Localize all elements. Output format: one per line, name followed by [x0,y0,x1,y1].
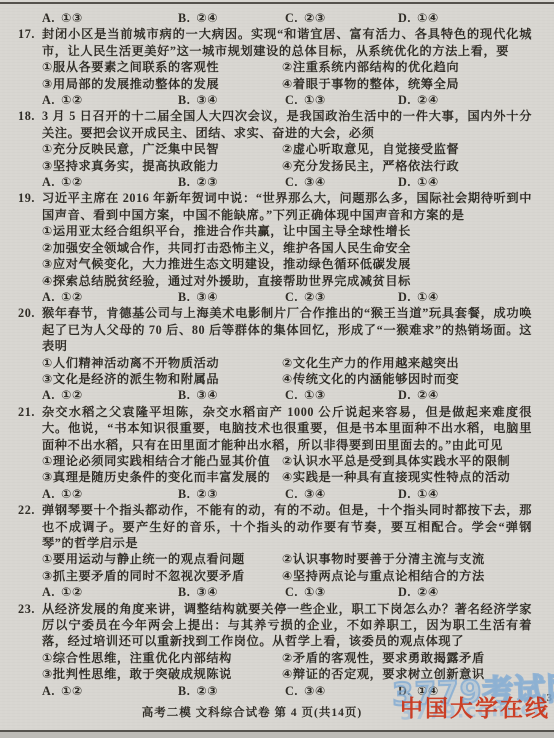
option-letter: D. [398,684,411,698]
statement: ③坚持求真务实，提高执政能力 [42,158,282,174]
question-stem: 从经济发展的角度来讲，调整结构就要关停一些企业，职工下岗怎么办？著名经济学家厉以… [42,601,532,650]
question-options-row: A.①②B.③④C.①③D.②④ [42,387,532,403]
answer-option: B.③④ [178,92,285,108]
answer-option: B.②③ [178,174,285,190]
question-stem: 猴年春节，肯德基公司与上海美术电影制片厂合作推出的“猴王当道”玩具套餐，成功唤起… [42,305,532,354]
answer-option: D.①④ [398,486,532,502]
question-block: 18. 3 月 5 日召开的十二届全国人大四次会议，是我国政治生活中的一件大事，… [18,108,532,190]
option-letter: D. [398,388,411,402]
statement: ④辩证的否定观，要求树立创新意识 [282,666,532,682]
answer-option: A.①② [42,683,178,699]
option-value: ①④ [417,684,439,698]
statement: ③文化是经济的派生物和附属品 [42,371,282,387]
question-block: 21. 杂交水稻之父袁隆平坦陈，杂交水稻亩产 1000 公斤说起来容易，但是做起… [18,404,532,502]
statement: ④充分发扬民主，严格依法行政 [282,158,532,174]
question-stem: 杂交水稻之父袁隆平坦陈，杂交水稻亩产 1000 公斤说起来容易，但是做起来难度很… [42,404,532,453]
option-value: ②④ [417,93,439,107]
question-statements: ①人们精神活动离不开物质活动②文化生产力的作用越来越突出③文化是经济的派生物和附… [42,355,532,388]
statement: ③批判性思维，敢于突破成规陈说 [42,666,282,682]
question-number: 19. [18,190,42,206]
option-letter: C. [285,487,298,501]
answer-option: A.①② [42,174,178,190]
option-letter: B. [178,585,190,599]
question-options-row: A.①②B.②③C.③④D.①④ [42,174,532,190]
answer-option: C.③④ [285,174,398,190]
option-letter: C. [285,290,298,304]
option-value: ②③ [196,487,218,501]
question-block: 20. 猴年春节，肯德基公司与上海美术电影制片厂合作推出的“猴王当道”玩具套餐，… [18,305,532,403]
option-value: ③④ [304,684,326,698]
answer-option: C.①③ [285,387,398,403]
question-body: 3 月 5 日召开的十二届全国人大四次会议，是我国政治生活中的一件大事，国内外十… [42,108,532,190]
option-letter: C. [285,388,298,402]
answer-option: D.②④ [398,584,532,600]
option-value: ①② [61,684,83,698]
question-statements: ①要用运动与静止统一的观点看问题②认识事物时要善于分清主流与支流③抓主要矛盾的同… [42,551,532,584]
question-statements: ①运用亚太经合组织平台，推进合作共赢，让中国主导全球性增长②加强安全领域合作，共… [42,223,532,289]
option-letter: B. [178,175,190,189]
statement: ②文化生产力的作用越来越突出 [282,355,532,371]
question-block: 23. 从经济发展的角度来讲，调整结构就要关停一些企业，职工下岗怎么办？著名经济… [18,601,532,699]
statement: ①服从各要素之间联系的客观性 [42,59,282,75]
statement: ④坚持两点论与重点论相结合的方法 [282,568,532,584]
option-letter: A. [42,487,55,501]
option-letter: C. [285,684,298,698]
question-statements: ①理论必须同实践相结合才能凸显其价值②认识水平总是受到具体实践水平的限制③真理是… [42,453,532,486]
option-value: ②③ [196,175,218,189]
option-value: ①② [61,487,83,501]
option-letter: C. [285,93,298,107]
question-options-row: A.①②B.②③C.③④D.①④ [42,486,532,502]
statement: ①理论必须同实践相结合才能凸显其价值 [42,453,282,469]
answer-option: A.①③ [42,10,178,26]
scan-edge-bottom-band [0,732,554,738]
statement: ②认识事物时要善于分清主流与支流 [282,551,532,567]
answer-option: C.②③ [285,289,398,305]
statement: ③用局部的发展推动整体的发展 [42,76,282,92]
option-value: ②③ [196,684,218,698]
option-value: ①② [61,388,83,402]
statement: ③真理是随历史条件的变化而丰富发展的 [42,469,282,485]
statement: ③应对气候变化，大力推进生态文明建设，推动绿色循环低碳发展 [42,256,532,272]
option-value: ②③ [304,290,326,304]
option-value: ③④ [304,487,326,501]
statement: ④传统文化的内涵能够因时而变 [282,371,532,387]
exam-content: A.①③B.②④C.②③D.①④ 17. 封闭小区是当前城市病的一大病因。实现“… [18,10,532,699]
option-value: ③④ [196,93,218,107]
option-value: ②③ [304,11,326,25]
question-statements: ①充分反映民意，广泛集中民智②虚心听取意见，自觉接受监督③坚持求真务实，提高执政… [42,141,532,174]
option-value: ②④ [417,585,439,599]
option-letter: D. [398,175,411,189]
answer-option: B.②③ [178,683,285,699]
question-body: 杂交水稻之父袁隆平坦陈，杂交水稻亩产 1000 公斤说起来容易，但是做起来难度很… [42,404,532,502]
option-letter: B. [178,388,190,402]
statement: ③抓主要矛盾的同时不忽视次要矛盾 [42,568,282,584]
option-letter: D. [398,290,411,304]
scan-edge-top-line [0,2,554,4]
answer-option: A.①② [42,289,178,305]
question-number: 18. [18,108,42,124]
statement: ①综合性思维，注重优化内部结构 [42,650,282,666]
question-stem: 3 月 5 日召开的十二届全国人大四次会议，是我国政治生活中的一件大事，国内外十… [42,108,532,141]
option-value: ③④ [304,175,326,189]
statement: ①人们精神活动离不开物质活动 [42,355,282,371]
question-statements: ①服从各要素之间联系的客观性②注重系统内部结构的优化趋向③用局部的发展推动整体的… [42,59,532,92]
statement: ①充分反映民意，广泛集中民智 [42,141,282,157]
question-body: 习近平主席在 2016 年新年贺词中说：“世界那么大，问题那么多，国际社会期待听… [42,190,532,305]
option-letter: B. [178,93,190,107]
answer-option: C.②③ [285,10,398,26]
answer-option: C.①③ [285,92,398,108]
answer-option: D.①④ [398,10,532,26]
answer-option: D.①④ [398,174,532,190]
answer-option: B.③④ [178,387,285,403]
question-block: 17. 封闭小区是当前城市病的一大病因。实现“和谐宜居、富有活力、各具特色的现代… [18,26,532,108]
question-options-row: A.①②B.③④C.①③D.②④ [42,92,532,108]
option-value: ①④ [417,290,439,304]
answer-option: D.②④ [398,387,532,403]
option-value: ①③ [304,388,326,402]
statement: ①要用运动与静止统一的观点看问题 [42,551,282,567]
answer-option: A.①② [42,92,178,108]
scanned-exam-page: A.①③B.②④C.②③D.①④ 17. 封闭小区是当前城市病的一大病因。实现“… [0,0,554,738]
option-letter: B. [178,290,190,304]
question-body: 从经济发展的角度来讲，调整结构就要关停一些企业，职工下岗怎么办？著名经济学家厉以… [42,601,532,699]
answer-option: A.①② [42,486,178,502]
option-letter: B. [178,11,190,25]
answer-option: C.①③ [285,584,398,600]
option-letter: D. [398,93,411,107]
answer-option: A.①② [42,387,178,403]
question-number: 22. [18,502,42,518]
option-letter: A. [42,388,55,402]
option-value: ①③ [304,585,326,599]
answer-option: D.①④ [398,289,532,305]
statement: ②认识水平总是受到具体实践水平的限制 [282,453,532,469]
option-letter: B. [178,487,190,501]
answer-option: C.③④ [285,486,398,502]
option-letter: A. [42,290,55,304]
question-options-row: A.①②B.③④C.①③D.②④ [42,584,532,600]
option-letter: A. [42,684,55,698]
question-options-row: A.①②B.③④C.②③D.①④ [42,289,532,305]
carryover-options-row: A.①③B.②④C.②③D.①④ [42,10,532,26]
question-body: 封闭小区是当前城市病的一大病因。实现“和谐宜居、富有活力、各具特色的现代化城市，… [42,26,532,108]
answer-option: B.③④ [178,289,285,305]
option-value: ①② [61,290,83,304]
question-statements: ①综合性思维，注重优化内部结构②矛盾的客观性，要求勇敢揭露矛盾③批判性思维，敢于… [42,650,532,683]
option-letter: A. [42,585,55,599]
option-value: ①③ [304,93,326,107]
option-value: ③④ [196,388,218,402]
question-stem: 习近平主席在 2016 年新年贺词中说：“世界那么大，问题那么多，国际社会期待听… [42,190,532,223]
option-letter: A. [42,93,55,107]
option-value: ①③ [61,11,83,25]
option-value: ①② [61,585,83,599]
questions-list: 17. 封闭小区是当前城市病的一大病因。实现“和谐宜居、富有活力、各具特色的现代… [18,26,532,699]
statement: ④着眼于事物的整体，统筹全局 [282,76,532,92]
statement: ②加强安全领域合作，共同打击恐怖主义，维护各国人民生命安全 [42,240,532,256]
carryover-question-options: A.①③B.②④C.②③D.①④ [18,10,532,26]
option-value: ③④ [196,585,218,599]
question-block: 22. 弹钢琴要十个指头都动作，不能有的动，有的不动。但是，十个指头同时都按下去… [18,502,532,600]
option-value: ②④ [417,388,439,402]
option-letter: D. [398,11,411,25]
answer-option: B.②③ [178,486,285,502]
question-block: 19. 习近平主席在 2016 年新年贺词中说：“世界那么大，问题那么多，国际社… [18,190,532,305]
option-letter: C. [285,11,298,25]
option-letter: B. [178,684,190,698]
answer-option: A.①② [42,584,178,600]
question-number: 21. [18,404,42,420]
option-value: ①④ [417,11,439,25]
question-stem: 弹钢琴要十个指头都动作，不能有的动，有的不动。但是，十个指头同时都按下去，那也不… [42,502,532,551]
option-letter: C. [285,175,298,189]
answer-option: D.②④ [398,92,532,108]
question-options-row: A.①②B.②③C.③④D.①④ [42,683,532,699]
statement: ②矛盾的客观性，要求勇敢揭露矛盾 [282,650,532,666]
statement: ①运用亚太经合组织平台，推进合作共赢，让中国主导全球性增长 [42,223,532,239]
option-letter: D. [398,585,411,599]
question-number: 23. [18,601,42,617]
option-value: ①④ [417,487,439,501]
statement: ④探索总结脱贫经验，通过对外援助，直接帮助世界完成减贫目标 [42,273,532,289]
answer-option: B.②④ [178,10,285,26]
answer-option: C.③④ [285,683,398,699]
answer-option: D.①④ [398,683,532,699]
question-body: 弹钢琴要十个指头都动作，不能有的动，有的不动。但是，十个指头同时都按下去，那也不… [42,502,532,600]
question-number: 20. [18,305,42,321]
option-value: ③④ [196,290,218,304]
option-letter: D. [398,487,411,501]
question-stem: 封闭小区是当前城市病的一大病因。实现“和谐宜居、富有活力、各具特色的现代化城市，… [42,26,532,59]
option-value: ①② [61,175,83,189]
option-letter: A. [42,175,55,189]
option-value: ①④ [417,175,439,189]
question-body: 猴年春节，肯德基公司与上海美术电影制片厂合作推出的“猴王当道”玩具套餐，成功唤起… [42,305,532,403]
option-value: ②④ [196,11,218,25]
statement: ②注重系统内部结构的优化趋向 [282,59,532,75]
option-letter: A. [42,11,55,25]
page-footer: 高考二模 文科综合试卷 第 4 页(共14页) [0,704,529,720]
statement: ④实践是一种具有直接现实性特点的活动 [282,469,532,485]
edge-page-number: 3 [547,692,553,704]
option-value: ①② [61,93,83,107]
option-letter: C. [285,585,298,599]
statement: ②虚心听取意见，自觉接受监督 [282,141,532,157]
answer-option: B.③④ [178,584,285,600]
question-number: 17. [18,26,42,42]
